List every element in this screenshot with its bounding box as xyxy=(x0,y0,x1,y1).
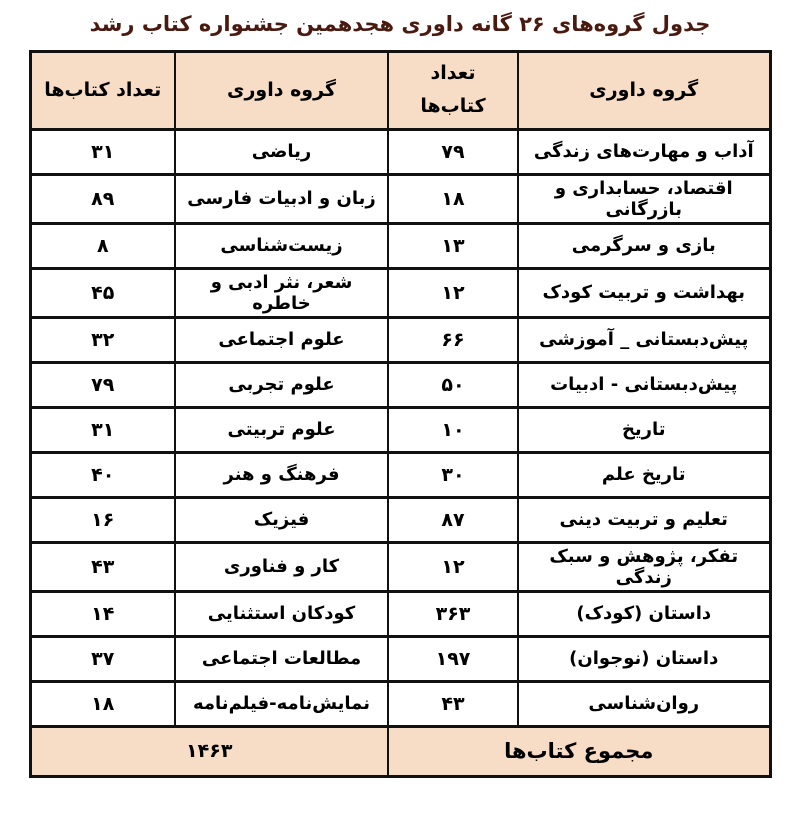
group-cell-right: داستان (نوجوان) xyxy=(518,636,770,681)
group-cell-left: ریاضی xyxy=(175,129,388,174)
header-count-right: تعداد کتاب‌ها xyxy=(388,52,518,130)
group-cell-right: روان‌شناسی xyxy=(518,681,770,726)
table-row: بازی و سرگرمی ۱۳ زیست‌شناسی ۸ xyxy=(30,223,770,268)
count-cell-right: ۴۳ xyxy=(388,681,518,726)
group-cell-left: زیست‌شناسی xyxy=(175,223,388,268)
group-cell-right: پیش‌دبستانی _ آموزشی xyxy=(518,317,770,362)
table-row: تاریخ ۱۰ علوم تربیتی ۳۱ xyxy=(30,407,770,452)
group-cell-right: آداب و مهارت‌های زندگی xyxy=(518,129,770,174)
group-cell-right: پیش‌دبستانی - ادبیات xyxy=(518,362,770,407)
table-row: تفکر، پژوهش و سبک زندگی ۱۲ کار و فناوری … xyxy=(30,542,770,591)
group-cell-left: نمایش‌نامه-فیلم‌نامه xyxy=(175,681,388,726)
group-cell-right: تفکر، پژوهش و سبک زندگی xyxy=(518,542,770,591)
count-cell-right: ۸۷ xyxy=(388,497,518,542)
header-row: گروه داوری تعداد کتاب‌ها گروه داوری تعدا… xyxy=(30,52,770,130)
count-cell-right: ۱۳ xyxy=(388,223,518,268)
count-cell-left: ۴۰ xyxy=(30,452,175,497)
total-label-cell: مجموع کتاب‌ها xyxy=(388,726,770,776)
group-cell-right: اقتصاد، حسابداری و بازرگانی xyxy=(518,174,770,223)
judging-groups-table: گروه داوری تعداد کتاب‌ها گروه داوری تعدا… xyxy=(29,50,772,778)
group-cell-right: تاریخ علم xyxy=(518,452,770,497)
count-cell-left: ۱۸ xyxy=(30,681,175,726)
group-cell-left: کار و فناوری xyxy=(175,542,388,591)
table-row: داستان (نوجوان) ۱۹۷ مطالعات اجتماعی ۳۷ xyxy=(30,636,770,681)
count-cell-left: ۱۴ xyxy=(30,591,175,636)
header-count-left: تعداد کتاب‌ها xyxy=(30,52,175,130)
table-row: تاریخ علم ۳۰ فرهنگ و هنر ۴۰ xyxy=(30,452,770,497)
count-cell-left: ۴۳ xyxy=(30,542,175,591)
table-row: آداب و مهارت‌های زندگی ۷۹ ریاضی ۳۱ xyxy=(30,129,770,174)
group-cell-left: زبان و ادبیات فارسی xyxy=(175,174,388,223)
group-cell-right: داستان (کودک) xyxy=(518,591,770,636)
count-cell-right: ۳۰ xyxy=(388,452,518,497)
count-cell-left: ۴۵ xyxy=(30,268,175,317)
total-value-cell: ۱۴۶۳ xyxy=(30,726,388,776)
count-cell-left: ۸۹ xyxy=(30,174,175,223)
count-cell-right: ۱۰ xyxy=(388,407,518,452)
table-header: گروه داوری تعداد کتاب‌ها گروه داوری تعدا… xyxy=(30,52,770,130)
footer-row: مجموع کتاب‌ها ۱۴۶۳ xyxy=(30,726,770,776)
group-cell-left: علوم تربیتی xyxy=(175,407,388,452)
count-cell-right: ۷۹ xyxy=(388,129,518,174)
table-row: روان‌شناسی ۴۳ نمایش‌نامه-فیلم‌نامه ۱۸ xyxy=(30,681,770,726)
count-cell-right: ۱۲ xyxy=(388,268,518,317)
count-cell-right: ۱۹۷ xyxy=(388,636,518,681)
group-cell-left: فرهنگ و هنر xyxy=(175,452,388,497)
table-row: بهداشت و تربیت کودک ۱۲ شعر، نثر ادبی و خ… xyxy=(30,268,770,317)
group-cell-left: علوم اجتماعی xyxy=(175,317,388,362)
header-group-right: گروه داوری xyxy=(518,52,770,130)
count-cell-right: ۵۰ xyxy=(388,362,518,407)
page-title: جدول گروه‌های ۲۶ گانه داوری هجدهمین جشنو… xyxy=(0,12,800,36)
count-cell-left: ۳۱ xyxy=(30,407,175,452)
group-cell-left: مطالعات اجتماعی xyxy=(175,636,388,681)
count-cell-right: ۳۶۳ xyxy=(388,591,518,636)
count-cell-left: ۳۷ xyxy=(30,636,175,681)
table-row: اقتصاد، حسابداری و بازرگانی ۱۸ زبان و اد… xyxy=(30,174,770,223)
group-cell-left: علوم تجربی xyxy=(175,362,388,407)
count-cell-right: ۱۸ xyxy=(388,174,518,223)
header-group-left: گروه داوری xyxy=(175,52,388,130)
count-cell-right: ۱۲ xyxy=(388,542,518,591)
table-body: آداب و مهارت‌های زندگی ۷۹ ریاضی ۳۱ اقتصا… xyxy=(30,129,770,726)
count-cell-left: ۱۶ xyxy=(30,497,175,542)
count-cell-left: ۳۲ xyxy=(30,317,175,362)
group-cell-right: بهداشت و تربیت کودک xyxy=(518,268,770,317)
count-cell-left: ۳۱ xyxy=(30,129,175,174)
group-cell-right: تعلیم و تربیت دینی xyxy=(518,497,770,542)
count-cell-left: ۸ xyxy=(30,223,175,268)
table-row: پیش‌دبستانی _ آموزشی ۶۶ علوم اجتماعی ۳۲ xyxy=(30,317,770,362)
group-cell-right: تاریخ xyxy=(518,407,770,452)
group-cell-left: شعر، نثر ادبی و خاطره xyxy=(175,268,388,317)
page: { "title": "جدول گروه‌های ۲۶ گانه داوری … xyxy=(0,0,800,818)
group-cell-left: کودکان استثنایی xyxy=(175,591,388,636)
header-count-right-label: تعداد کتاب‌ها xyxy=(413,57,493,124)
table-footer: مجموع کتاب‌ها ۱۴۶۳ xyxy=(30,726,770,776)
group-cell-left: فیزیک xyxy=(175,497,388,542)
table-row: تعلیم و تربیت دینی ۸۷ فیزیک ۱۶ xyxy=(30,497,770,542)
group-cell-right: بازی و سرگرمی xyxy=(518,223,770,268)
count-cell-right: ۶۶ xyxy=(388,317,518,362)
count-cell-left: ۷۹ xyxy=(30,362,175,407)
table-row: داستان (کودک) ۳۶۳ کودکان استثنایی ۱۴ xyxy=(30,591,770,636)
table-row: پیش‌دبستانی - ادبیات ۵۰ علوم تجربی ۷۹ xyxy=(30,362,770,407)
